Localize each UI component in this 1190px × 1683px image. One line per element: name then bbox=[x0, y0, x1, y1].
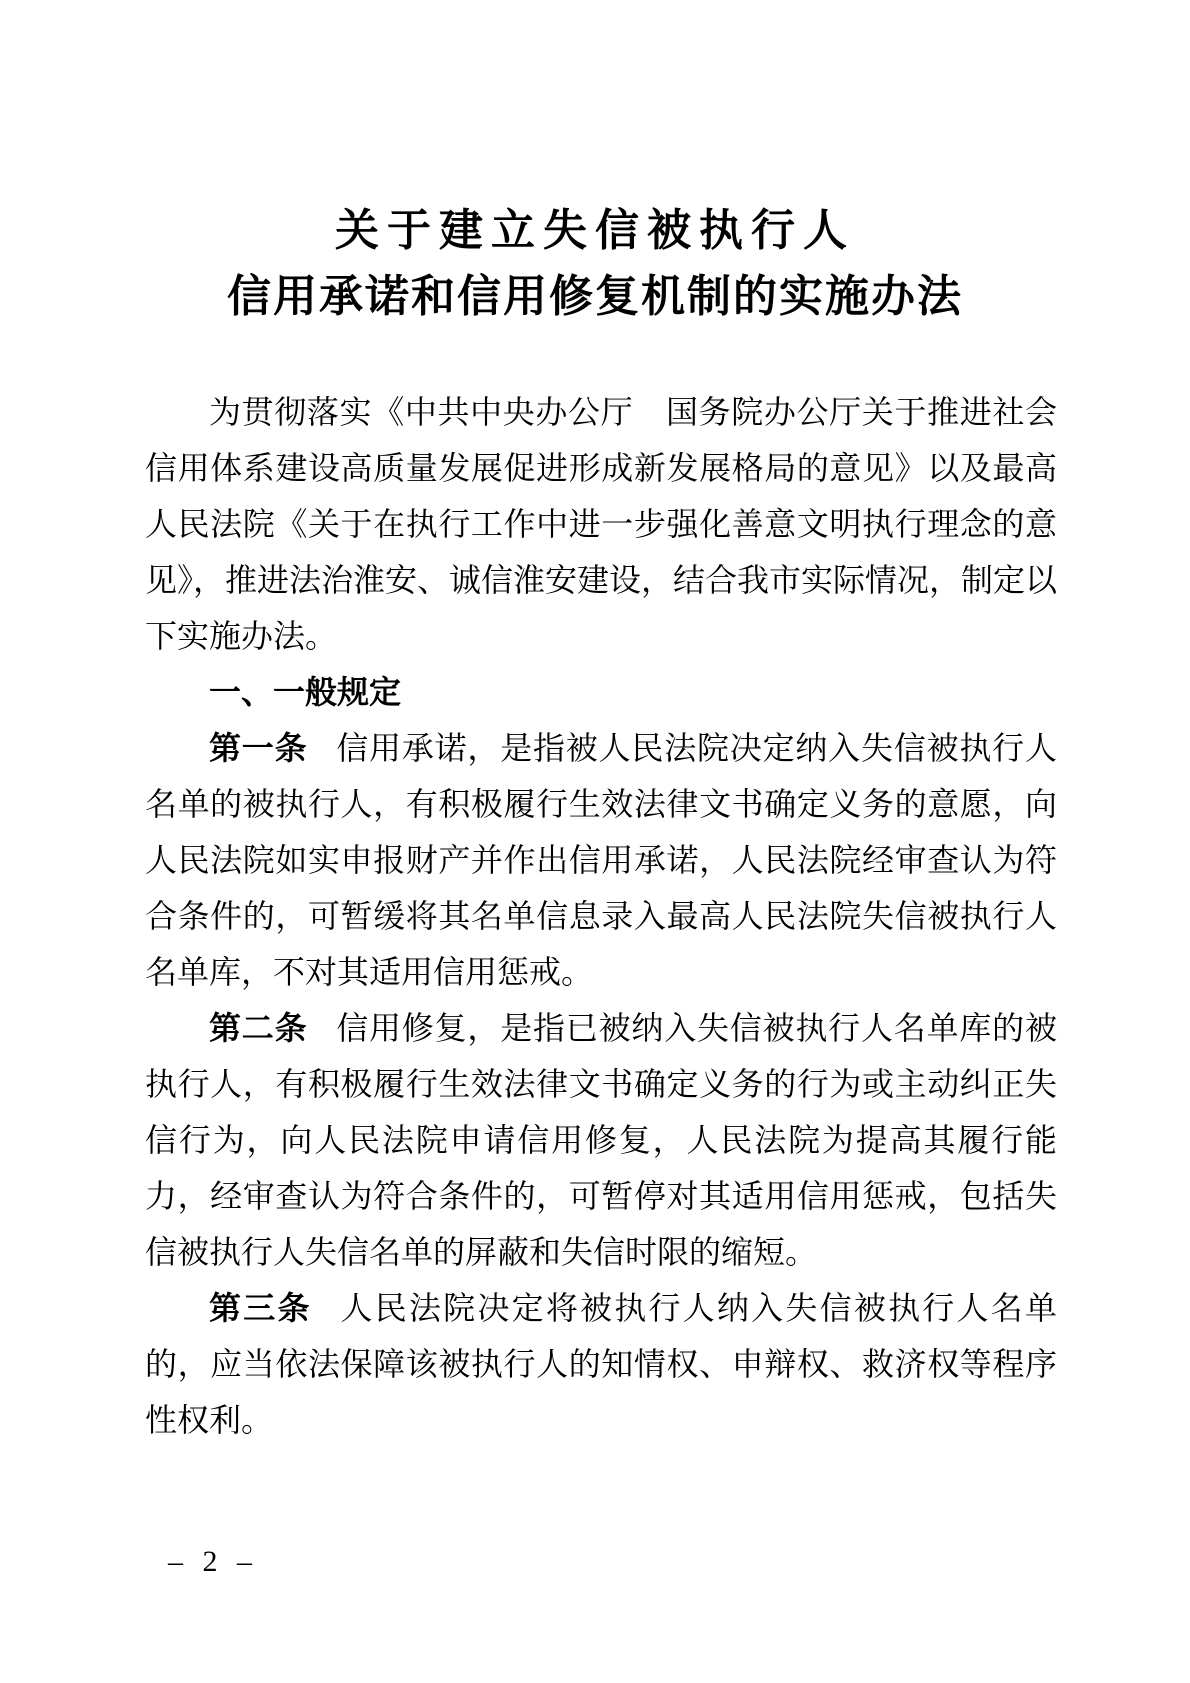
document-page: 关于建立失信被执行人 信用承诺和信用修复机制的实施办法 为贯彻落实《中共中央办公… bbox=[0, 0, 1190, 1683]
article-2-text: 信用修复，是指已被纳入失信被执行人名单库的被执行人，有积极履行生效法律文书确定义… bbox=[145, 1010, 1057, 1270]
article-2-label: 第二条 bbox=[209, 1010, 307, 1046]
document-title-line-1: 关于建立失信被执行人 bbox=[0, 198, 1190, 264]
article-1-paragraph: 第一条信用承诺，是指被人民法院决定纳入失信被执行人名单的被执行人，有积极履行生效… bbox=[145, 720, 1057, 1000]
intro-paragraph: 为贯彻落实《中共中央办公厅 国务院办公厅关于推进社会信用体系建设高质量发展促进形… bbox=[145, 384, 1057, 664]
document-title-line-2: 信用承诺和信用修复机制的实施办法 bbox=[0, 264, 1190, 330]
page-number: – 2 – bbox=[168, 1545, 258, 1579]
article-2-paragraph: 第二条信用修复，是指已被纳入失信被执行人名单库的被执行人，有积极履行生效法律文书… bbox=[145, 1000, 1057, 1280]
document-body: 为贯彻落实《中共中央办公厅 国务院办公厅关于推进社会信用体系建设高质量发展促进形… bbox=[145, 384, 1057, 1448]
section-heading-general-provisions: 一、一般规定 bbox=[145, 664, 1057, 720]
article-1-text: 信用承诺，是指被人民法院决定纳入失信被执行人名单的被执行人，有积极履行生效法律文… bbox=[145, 730, 1057, 990]
article-3-label: 第三条 bbox=[209, 1290, 312, 1326]
document-title: 关于建立失信被执行人 信用承诺和信用修复机制的实施办法 bbox=[0, 198, 1190, 330]
article-3-paragraph: 第三条人民法院决定将被执行人纳入失信被执行人名单的，应当依法保障该被执行人的知情… bbox=[145, 1280, 1057, 1448]
article-1-label: 第一条 bbox=[209, 730, 307, 766]
